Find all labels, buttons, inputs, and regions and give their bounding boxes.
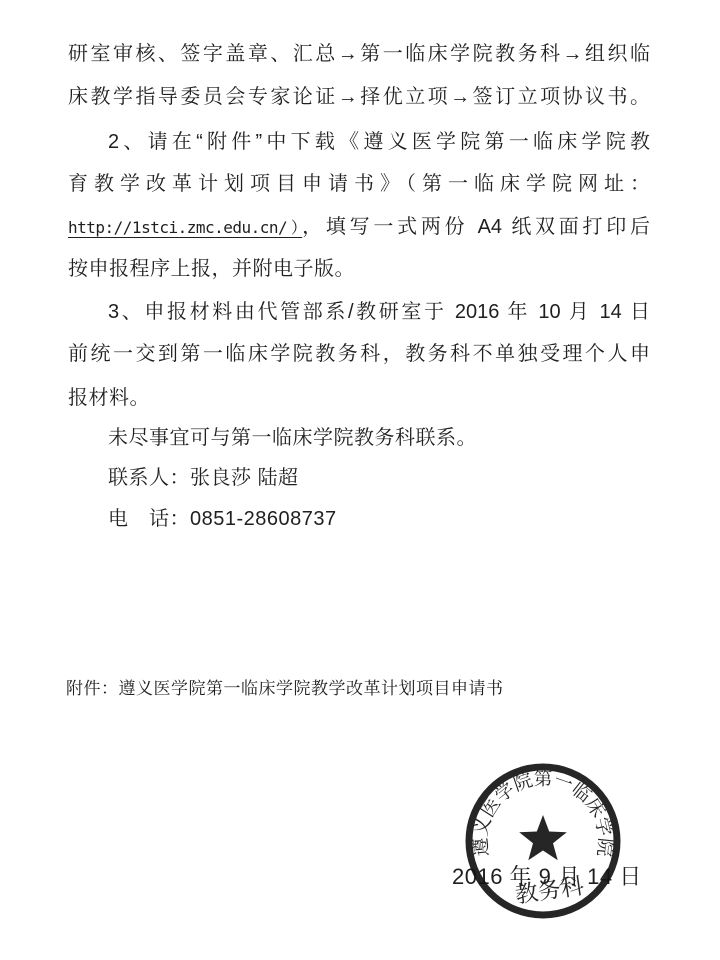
document-line-11: 联系人：张良莎 陆超 xyxy=(68,464,650,492)
official-seal-stamp: 遵义医学院第一临床学院 教务科 xyxy=(458,756,628,926)
document-body: 研室审核、签字盖章、汇总→第一临床学院教务科→组织临床教学指导委员会专家论证→择… xyxy=(68,0,650,620)
document-line-8: 前统一交到第一临床学院教务科，教务科不单独受理个人申 xyxy=(68,340,650,368)
document-line-1: 研室审核、签字盖章、汇总→第一临床学院教务科→组织临 xyxy=(68,40,650,68)
document-line-3: 2、请在“附件”中下载《遵义医学院第一临床学院教 xyxy=(68,128,650,156)
document-line-10: 未尽事宜可与第一临床学院教务科联系。 xyxy=(68,424,650,452)
document-line-12: 电 话：0851-28608737 xyxy=(68,505,650,533)
document-line-2: 床教学指导委员会专家论证→择优立项→签订立项协议书。 xyxy=(68,83,650,111)
star-icon xyxy=(519,815,567,860)
scanned-document-page: 研室审核、签字盖章、汇总→第一临床学院教务科→组织临床教学指导委员会专家论证→择… xyxy=(0,0,720,960)
document-line-5: http://1stci.zmc.edu.cn/），填写一式两份 A4 纸双面打… xyxy=(68,213,650,242)
document-url-link[interactable]: http://1stci.zmc.edu.cn/） xyxy=(68,218,302,237)
line-text: ，填写一式两份 A4 纸双面打印后 xyxy=(302,216,650,238)
attachment-note: 附件：遵义医学院第一临床学院教学改革计划项目申请书 xyxy=(66,674,504,699)
document-line-9: 报材料。 xyxy=(68,384,650,412)
seal-department-text: 教务科 xyxy=(514,873,586,907)
document-line-4: 育教学改革计划项目申请书》（第一临床学院网址： xyxy=(68,170,650,198)
document-line-6: 按申报程序上报，并附电子版。 xyxy=(68,255,650,283)
document-line-7: 3、申报材料由代管部系/教研室于 2016 年 10 月 14 日 xyxy=(68,298,650,326)
